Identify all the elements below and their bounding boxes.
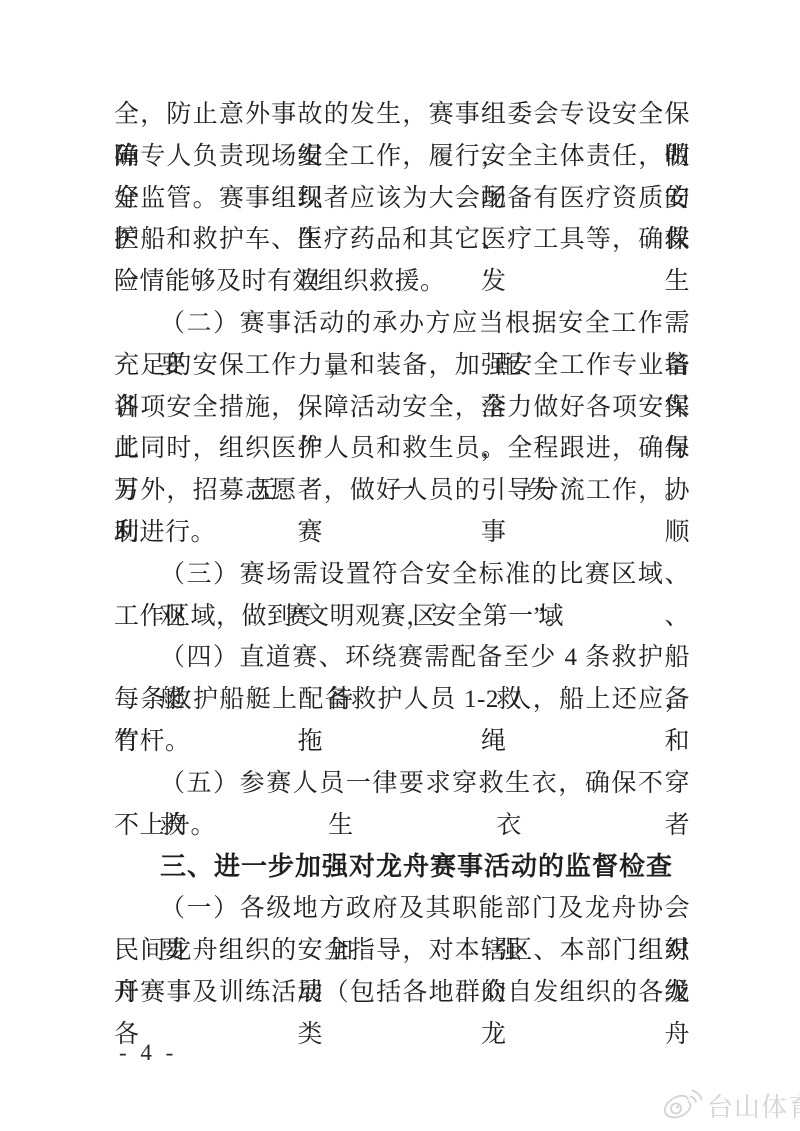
section-heading: 三、进一步加强对龙舟赛事活动的监督检查 — [114, 846, 690, 888]
document-body: 全，防止意外事故的发生，赛事组委会专设安全保障组，明 确专人负责现场安全工作，履… — [114, 94, 690, 1014]
text-line: 护船和救护车、医疗药品和其它医疗工具等，确保一旦发生 — [114, 219, 690, 261]
text-line: 全，防止意外事故的发生，赛事组委会专设安全保障组，明 — [114, 94, 690, 136]
text-line: （五）参赛人员一律要求穿救生衣，确保不穿救生衣者 — [114, 763, 690, 805]
text-line: 确专人负责现场安全工作，履行安全主体责任，做好现场安 — [114, 136, 690, 178]
text-line: 此同时，组织医护人员和救生员，全程跟进，确保万无一失。 — [114, 428, 690, 470]
text-line: （二）赛事活动的承办方应当根据安全工作需要，配备 — [114, 303, 690, 345]
text-line: 全监管。赛事组织者应该为大会配备有医疗资质的医生、救 — [114, 178, 690, 220]
page-number: - 4 - — [119, 1040, 177, 1066]
weibo-icon — [662, 1086, 704, 1124]
text-line: （一）各级地方政府及其职能部门及龙舟协会要加强对 — [114, 888, 690, 930]
watermark-text: 台山体育 — [707, 1087, 800, 1124]
text-line: （三）赛场需设置符合安全标准的比赛区域、观赛区域、 — [114, 554, 690, 596]
watermark: 台山体育 — [662, 1086, 800, 1124]
text-line: 民间龙舟组织的安全指导，对本辖区、本部门组织开展的龙 — [114, 930, 690, 972]
text-line: （四）直道赛、环绕赛需配备至少 4 条救护船艇待救， — [114, 637, 690, 679]
document-page: 全，防止意外事故的发生，赛事组委会专设安全保障组，明 确专人负责现场安全工作，履… — [0, 0, 800, 1131]
text-line: 每条救护船艇上配备救护人员 1-2 人，船上还应备有拖绳和 — [114, 679, 690, 721]
text-line: 另外，招募志愿者，做好人员的引导分流工作，协助赛事顺 — [114, 470, 690, 512]
text-line: 充足的安保工作力量和装备，加强安全工作专业培训，落实 — [114, 345, 690, 387]
text-line: 舟赛事及训练活动（包括各地群众自发组织的各级各类龙舟 — [114, 972, 690, 1014]
text-line: 各项安全措施，保障活动安全，全力做好各项安保工作。与 — [114, 387, 690, 429]
